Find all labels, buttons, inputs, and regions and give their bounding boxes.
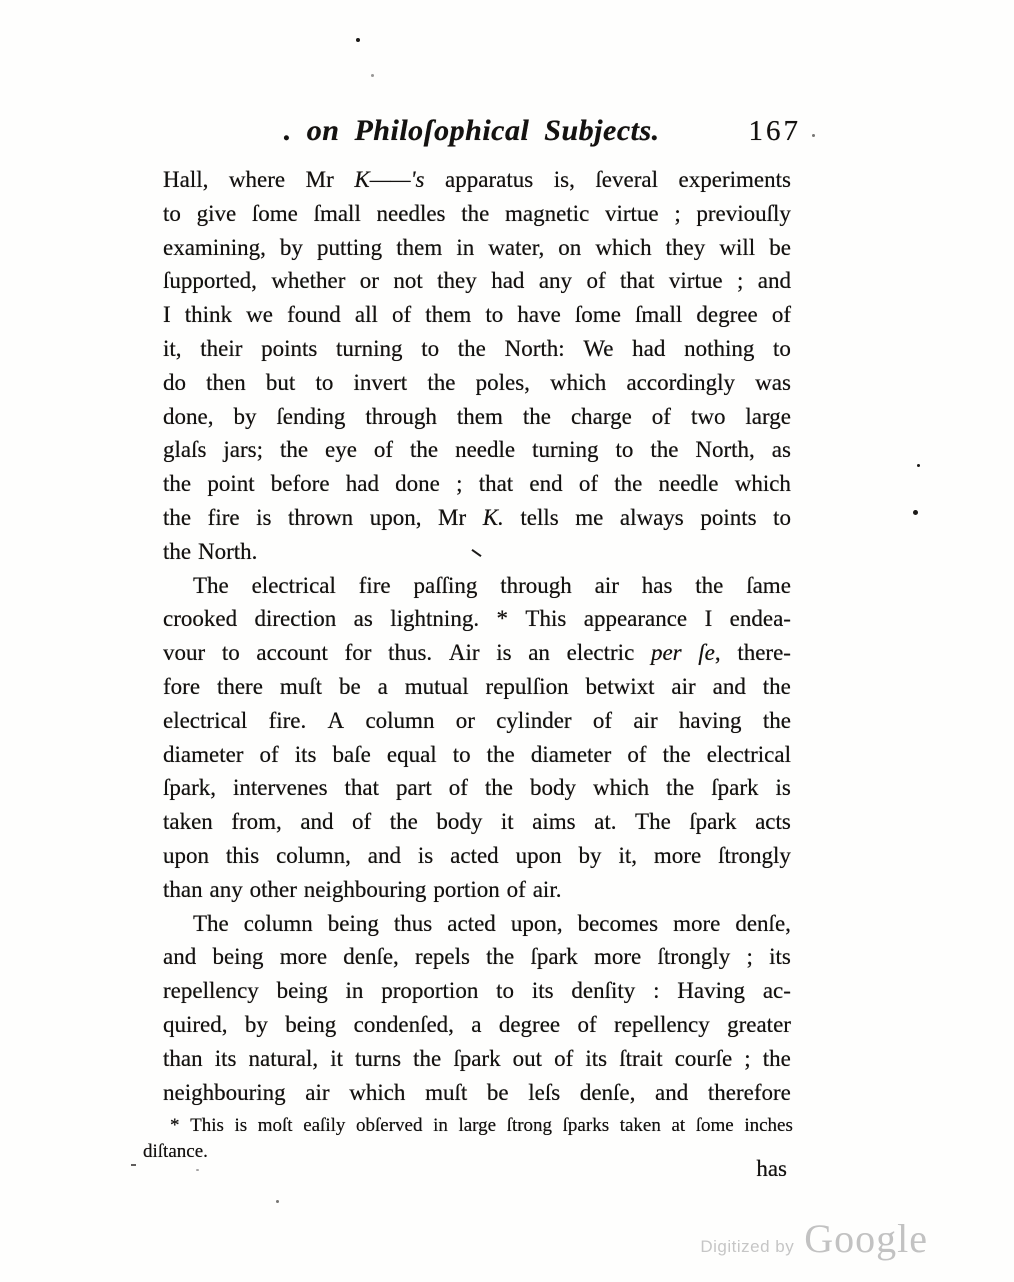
text-line: andbeingmoredenſe,repelstheſparkmoreſtro… xyxy=(163,940,791,974)
page-title: . on Philoſophical Subjects. xyxy=(284,108,660,154)
text-line: Ithinkwefoundallofthemtohaveſomeſmalldeg… xyxy=(163,298,791,332)
text-line: neighbouringairwhichmuſtbeleſsdenſe,andt… xyxy=(163,1076,791,1110)
scan-speck xyxy=(276,1200,279,1203)
text-line: glaſsjars;theeyeoftheneedleturningtotheN… xyxy=(163,433,791,467)
running-head: . on Philoſophical Subjects. 167 xyxy=(163,108,803,154)
scan-speck xyxy=(913,510,918,515)
text-block: Hall,whereMrK——'sapparatusis,ſeveralexpe… xyxy=(163,163,791,1109)
scan-speck xyxy=(371,74,374,77)
text-line: togiveſomeſmallneedlesthemagneticvirtue;… xyxy=(163,197,791,231)
text-line: foretheremuſtbeamutualrepulſionbetwixtai… xyxy=(163,670,791,704)
google-logo: Google xyxy=(804,1215,928,1262)
text-line: done,byſendingthroughthemthechargeoftwol… xyxy=(163,400,791,434)
text-line: crookeddirectionaslightning.*Thisappeara… xyxy=(163,602,791,636)
text-line: Hall,whereMrK——'sapparatusis,ſeveralexpe… xyxy=(163,163,791,197)
scan-speck xyxy=(812,134,815,137)
text-line: thanitsnatural,itturnstheſparkoutofitsſt… xyxy=(163,1042,791,1076)
text-line: thefireisthrownupon,MrK.tellsmealwayspoi… xyxy=(163,501,791,535)
catchword: has xyxy=(163,1154,787,1184)
digitized-by-google-watermark: Digitized by Google xyxy=(700,1215,928,1262)
text-line: takenfrom,andofthebodyitaimsat.Theſparka… xyxy=(163,805,791,839)
text-line: thananyotherneighbouringportionofair. xyxy=(163,873,791,907)
text-line: ſpark,intervenesthatpartofthebodywhichth… xyxy=(163,771,791,805)
text-line: Thecolumnbeingthusactedupon,becomesmored… xyxy=(163,907,791,941)
text-line: repellencybeinginproportiontoitsdenſity:… xyxy=(163,974,791,1008)
scan-speck xyxy=(131,1164,136,1166)
text-line: *Thisismoſteaſilyobſervedinlargeſtrongſp… xyxy=(143,1113,793,1139)
text-line: examining,byputtingtheminwater,onwhichth… xyxy=(163,231,791,265)
page-number: 167 xyxy=(749,108,802,154)
text-line: quired,bybeingcondenſed,adegreeofrepelle… xyxy=(163,1008,791,1042)
text-line: Theelectricalfirepaſſingthroughairhasthe… xyxy=(163,569,791,603)
scan-speck xyxy=(196,1169,199,1171)
text-line: diameterofitsbaſeequaltothediameterofthe… xyxy=(163,738,791,772)
scan-speck xyxy=(356,38,360,42)
text-line: vourtoaccountforthus.Airisanelectricperſ… xyxy=(163,636,791,670)
scan-speck xyxy=(917,464,920,467)
text-line: dothenbuttoinvertthepoles,whichaccording… xyxy=(163,366,791,400)
text-line: it,theirpointsturningtotheNorth:Wehadnot… xyxy=(163,332,791,366)
text-line: thepointbeforehaddone;thatendoftheneedle… xyxy=(163,467,791,501)
book-page: . on Philoſophical Subjects. 167 Hall,wh… xyxy=(0,0,1014,1282)
text-line: electricalfire.Acolumnorcylinderofairhav… xyxy=(163,704,791,738)
text-line: uponthiscolumn,andisacteduponbyit,moreſt… xyxy=(163,839,791,873)
watermark-prefix: Digitized by xyxy=(700,1237,794,1257)
text-line: ſupported,whetherornottheyhadanyofthatvi… xyxy=(163,264,791,298)
